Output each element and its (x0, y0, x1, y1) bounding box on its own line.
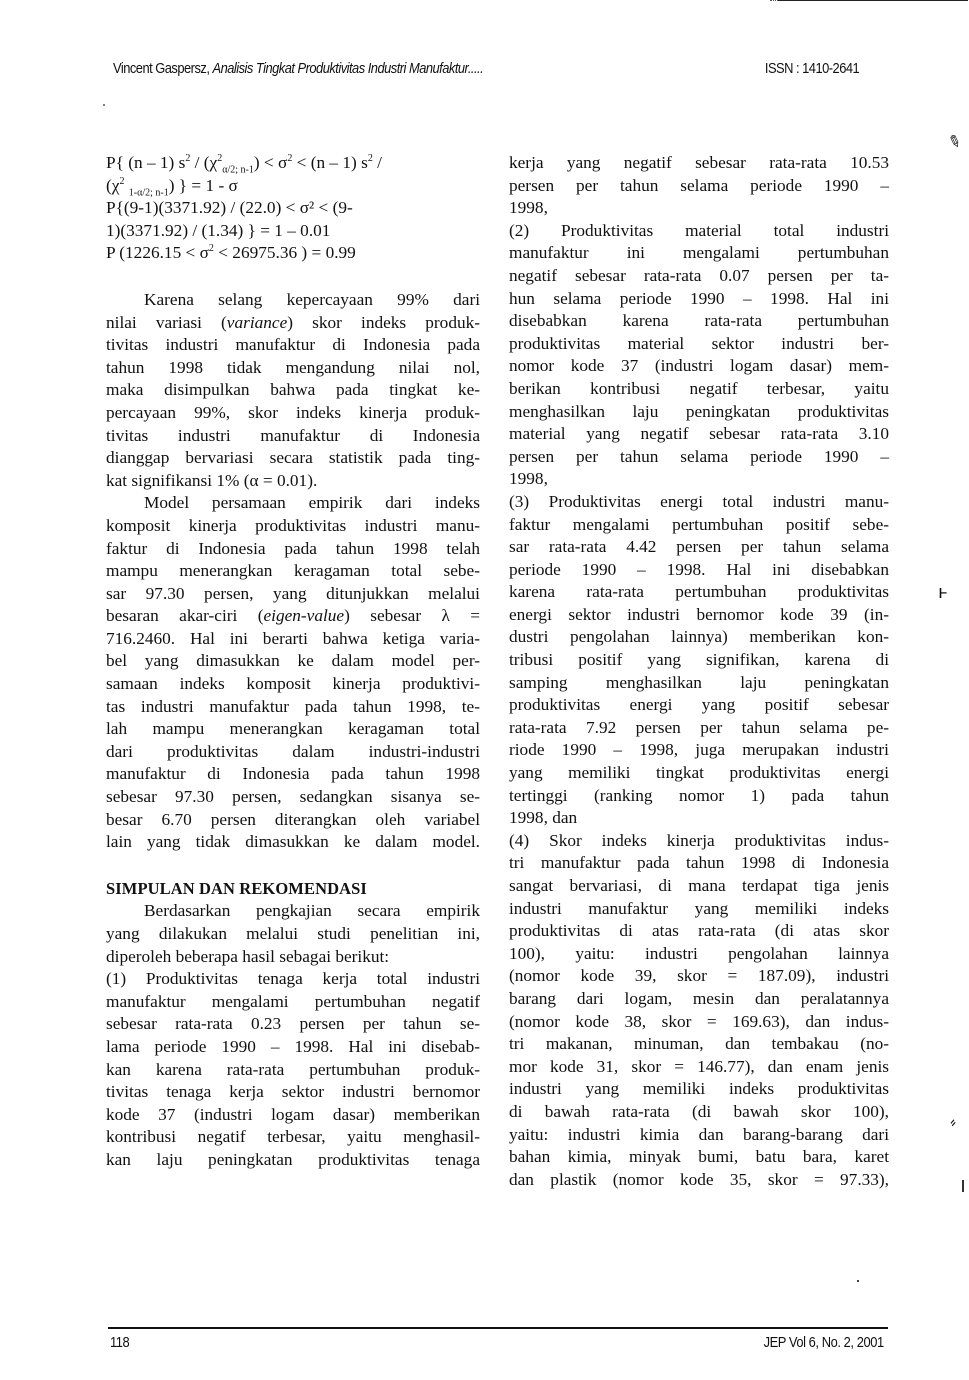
text-line: mampu menerangkan keragaman total sebe- (106, 560, 480, 583)
text-line: samaan indeks komposit kinerja produktiv… (106, 673, 480, 696)
scan-speck (103, 104, 105, 106)
text-line: menghasilkan laju peningkatan produktivi… (509, 401, 889, 424)
text-line: produktivitas di atas rata-rata (di atas… (509, 920, 889, 943)
text-line: Model persamaan empirik dari indeks (106, 492, 480, 515)
text-line: dari produktivitas dalam industri-indust… (106, 741, 480, 764)
text-line: barang dari logam, mesin dan peralatanny… (509, 988, 889, 1011)
section-heading: SIMPULAN DAN REKOMENDASI (106, 878, 480, 901)
text-line: (nomor kode 38, skor = 169.63), dan indu… (509, 1011, 889, 1034)
text-line: industri yang memiliki indeks produktivi… (509, 1078, 889, 1101)
scan-artifact-mark: ⸗ (946, 1112, 959, 1132)
text-line: 1998, dan (509, 807, 889, 830)
text-line: mor kode 31, skor = 146.77), dan enam je… (509, 1056, 889, 1079)
text-line: kan laju peningkatan produktivitas tenag… (106, 1149, 480, 1172)
journal-citation: JEP Vol 6, No. 2, 2001 (764, 1334, 884, 1351)
right-column: kerja yang negatif sebesar rata-rata 10.… (509, 152, 889, 1191)
header-citation: Vincent Gaspersz, Analisis Tingkat Produ… (113, 60, 483, 77)
text-line: manufaktur ini mengalami pertumbuhan (509, 242, 889, 265)
spacer (106, 265, 480, 289)
text-line: karena rata-rata pertumbuhan produktivit… (509, 581, 889, 604)
text-line: besar 6.70 persen diterangkan oleh varia… (106, 809, 480, 832)
text-line: tri manufaktur pada tahun 1998 di Indone… (509, 852, 889, 875)
text-line: 1998, (509, 468, 889, 491)
text-line: (1) Produktivitas tenaga kerja total ind… (106, 968, 480, 991)
text-line: yang memiliki tingkat produktivitas ener… (509, 762, 889, 785)
header-article-title: Analisis Tingkat Produktivitas Industri … (212, 60, 483, 77)
formula-line: P{(9-1)(3371.92) / (22.0) < σ² < (9- (106, 197, 480, 220)
text-line: (2) Produktivitas material total industr… (509, 220, 889, 243)
text-line: industri manufaktur yang memiliki indeks (509, 898, 889, 921)
text-line: riode 1990 – 1998, juga merupakan indust… (509, 739, 889, 762)
text-line: faktur di Indonesia pada tahun 1998 tela… (106, 538, 480, 561)
text-line: 1998, (509, 197, 889, 220)
text-line: 100), yaitu: industri pengolahan lainnya (509, 943, 889, 966)
text-line: kerja yang negatif sebesar rata-rata 10.… (509, 152, 889, 175)
text-line: besaran akar-ciri (eigen-value) sebesar … (106, 605, 480, 628)
text-line: percayaan 99%, skor indeks kinerja produ… (106, 402, 480, 425)
text-line: tribusi positif yang signifikan, karena … (509, 649, 889, 672)
text-line: negatif sebesar rata-rata 0.07 persen pe… (509, 265, 889, 288)
scan-speck (857, 1280, 859, 1282)
text-line: tivitas industri manufaktur di Indonesia (106, 425, 480, 448)
header-author: Vincent Gaspersz, (113, 60, 209, 77)
text-line: periode 1990 – 1998. Hal ini disebabkan (509, 559, 889, 582)
text-line: sebesar rata-rata 0.23 persen per tahun … (106, 1013, 480, 1036)
formula-line: P{ (n – 1) s2 / (χ2α/2; n-1) < σ2 < (n –… (106, 152, 480, 175)
text-line: tri makanan, minuman, dan tembakau (no- (509, 1033, 889, 1056)
text-line: (nomor kode 39, skor = 187.09), industri (509, 965, 889, 988)
text-line: produktivitas energi yang positif sebesa… (509, 694, 889, 717)
text-line: kat signifikansi 1% (α = 0.01). (106, 470, 480, 493)
text-line: yaitu: industri kimia dan barang-barang … (509, 1124, 889, 1147)
confidence-interval-formula: P{ (n – 1) s2 / (χ2α/2; n-1) < σ2 < (n –… (106, 152, 480, 265)
text-line: berikan kontribusi negatif terbesar, yai… (509, 378, 889, 401)
formula-line: 1)(3371.92) / (1.34) } = 1 – 0.01 (106, 220, 480, 243)
top-rule (778, 0, 968, 1)
text-line: sangat bervariasi, di mana terdapat tiga… (509, 875, 889, 898)
item-3-energy-productivity: (3) Produktivitas energi total industri … (509, 491, 889, 830)
text-line: kan karena rata-rata pertumbuhan produk- (106, 1059, 480, 1082)
paragraph-empirical-model: Model persamaan empirik dari indeks komp… (106, 492, 480, 854)
text-line: sar rata-rata 4.42 persen per tahun sela… (509, 536, 889, 559)
text-line: samping menghasilkan laju peningkatan (509, 672, 889, 695)
text-line: Berdasarkan pengkajian secara empirik (106, 900, 480, 923)
text-line: lain yang tidak dimasukkan ke dalam mode… (106, 831, 480, 854)
footer-rule (108, 1327, 888, 1329)
text-line: faktur mengalami pertumbuhan positif seb… (509, 514, 889, 537)
text-line: dan plastik (nomor kode 35, skor = 97.33… (509, 1169, 889, 1192)
paragraph-variance-conclusion: Karena selang kepercayaan 99% dari nilai… (106, 289, 480, 492)
left-column: P{ (n – 1) s2 / (χ2α/2; n-1) < σ2 < (n –… (106, 152, 480, 1172)
text-line: tahun 1998 tidak mengandung nilai nol, (106, 357, 480, 380)
text-line: diperoleh beberapa hasil sebagai berikut… (106, 946, 480, 969)
text-line: bahan kimia, minyak bumi, batu bara, kar… (509, 1146, 889, 1169)
text-line: rata-rata 7.92 persen per tahun selama p… (509, 717, 889, 740)
paragraph-conclusions: Berdasarkan pengkajian secara empirik ya… (106, 900, 480, 1171)
text-line: produktivitas material sektor industri b… (509, 333, 889, 356)
item-2-material-productivity: (2) Produktivitas material total industr… (509, 220, 889, 491)
formula-line: (χ2 1-α/2; n-1) } = 1 - σ (106, 175, 480, 198)
text-line: material yang negatif sebesar rata-rata … (509, 423, 889, 446)
text-line: tivitas tenaga kerja sektor industri ber… (106, 1081, 480, 1104)
item-1-continuation: kerja yang negatif sebesar rata-rata 10.… (509, 152, 889, 220)
text-line: kode 37 (industri logam dasar) memberika… (106, 1104, 480, 1127)
text-line: bel yang dimasukkan ke dalam model per- (106, 650, 480, 673)
text-line: nomor kode 37 (industri logam dasar) mem… (509, 355, 889, 378)
running-header: Vincent Gaspersz, Analisis Tingkat Produ… (113, 60, 887, 82)
text-line: persen per tahun selama periode 1990 – (509, 446, 889, 469)
text-line: manufaktur mengalami pertumbuhan negatif (106, 991, 480, 1014)
text-line: kontribusi negatif terbesar, yaitu mengh… (106, 1126, 480, 1149)
text-line: tertinggi (ranking nomor 1) pada tahun (509, 785, 889, 808)
text-line: nilai variasi (variance) skor indeks pro… (106, 312, 480, 335)
scan-artifact-mark: ✎ (945, 130, 964, 152)
text-line: tivitas industri manufaktur di Indonesia… (106, 334, 480, 357)
text-line: lah mampu menerangkan keragaman total (106, 718, 480, 741)
top-rule-dots (770, 0, 778, 2)
text-line: sebesar 97.30 persen, sedangkan sisanya … (106, 786, 480, 809)
text-line: sar 97.30 persen, yang ditunjukkan melal… (106, 583, 480, 606)
spacer (106, 854, 480, 878)
text-line: hun selama periode 1990 – 1998. Hal ini (509, 288, 889, 311)
text-line: tas industri manufaktur pada tahun 1998,… (106, 696, 480, 719)
scan-artifact-mark (962, 1180, 964, 1192)
text-line: Karena selang kepercayaan 99% dari (106, 289, 480, 312)
header-issn: ISSN : 1410-2641 (765, 60, 859, 77)
text-line: (4) Skor indeks kinerja produktivitas in… (509, 830, 889, 853)
text-line: energi sektor industri bernomor kode 39 … (509, 604, 889, 627)
text-line: persen per tahun selama periode 1990 – (509, 175, 889, 198)
text-line: manufaktur di Indonesia pada tahun 1998 (106, 763, 480, 786)
item-4-performance-index: (4) Skor indeks kinerja produktivitas in… (509, 830, 889, 1192)
text-line: disebabkan karena rata-rata pertumbuhan (509, 310, 889, 333)
formula-line: P (1226.15 < σ2 < 26975.36 ) = 0.99 (106, 242, 480, 265)
text-line: maka disimpulkan bahwa pada tingkat ke- (106, 379, 480, 402)
text-line: dianggap bervariasi secara statistik pad… (106, 447, 480, 470)
text-line: (3) Produktivitas energi total industri … (509, 491, 889, 514)
text-line: komposit kinerja produktivitas industri … (106, 515, 480, 538)
text-line: yang dilakukan melalui studi penelitian … (106, 923, 480, 946)
text-line: 716.2460. Hal ini berarti bahwa ketiga v… (106, 628, 480, 651)
page-number: 118 (110, 1334, 129, 1351)
text-line: di bawah rata-rata (di bawah skor 100), (509, 1101, 889, 1124)
text-line: lama periode 1990 – 1998. Hal ini diseba… (106, 1036, 480, 1059)
scan-artifact-mark: ⱶ (938, 582, 948, 603)
text-line: dustri pengolahan lainnya) memberikan ko… (509, 626, 889, 649)
